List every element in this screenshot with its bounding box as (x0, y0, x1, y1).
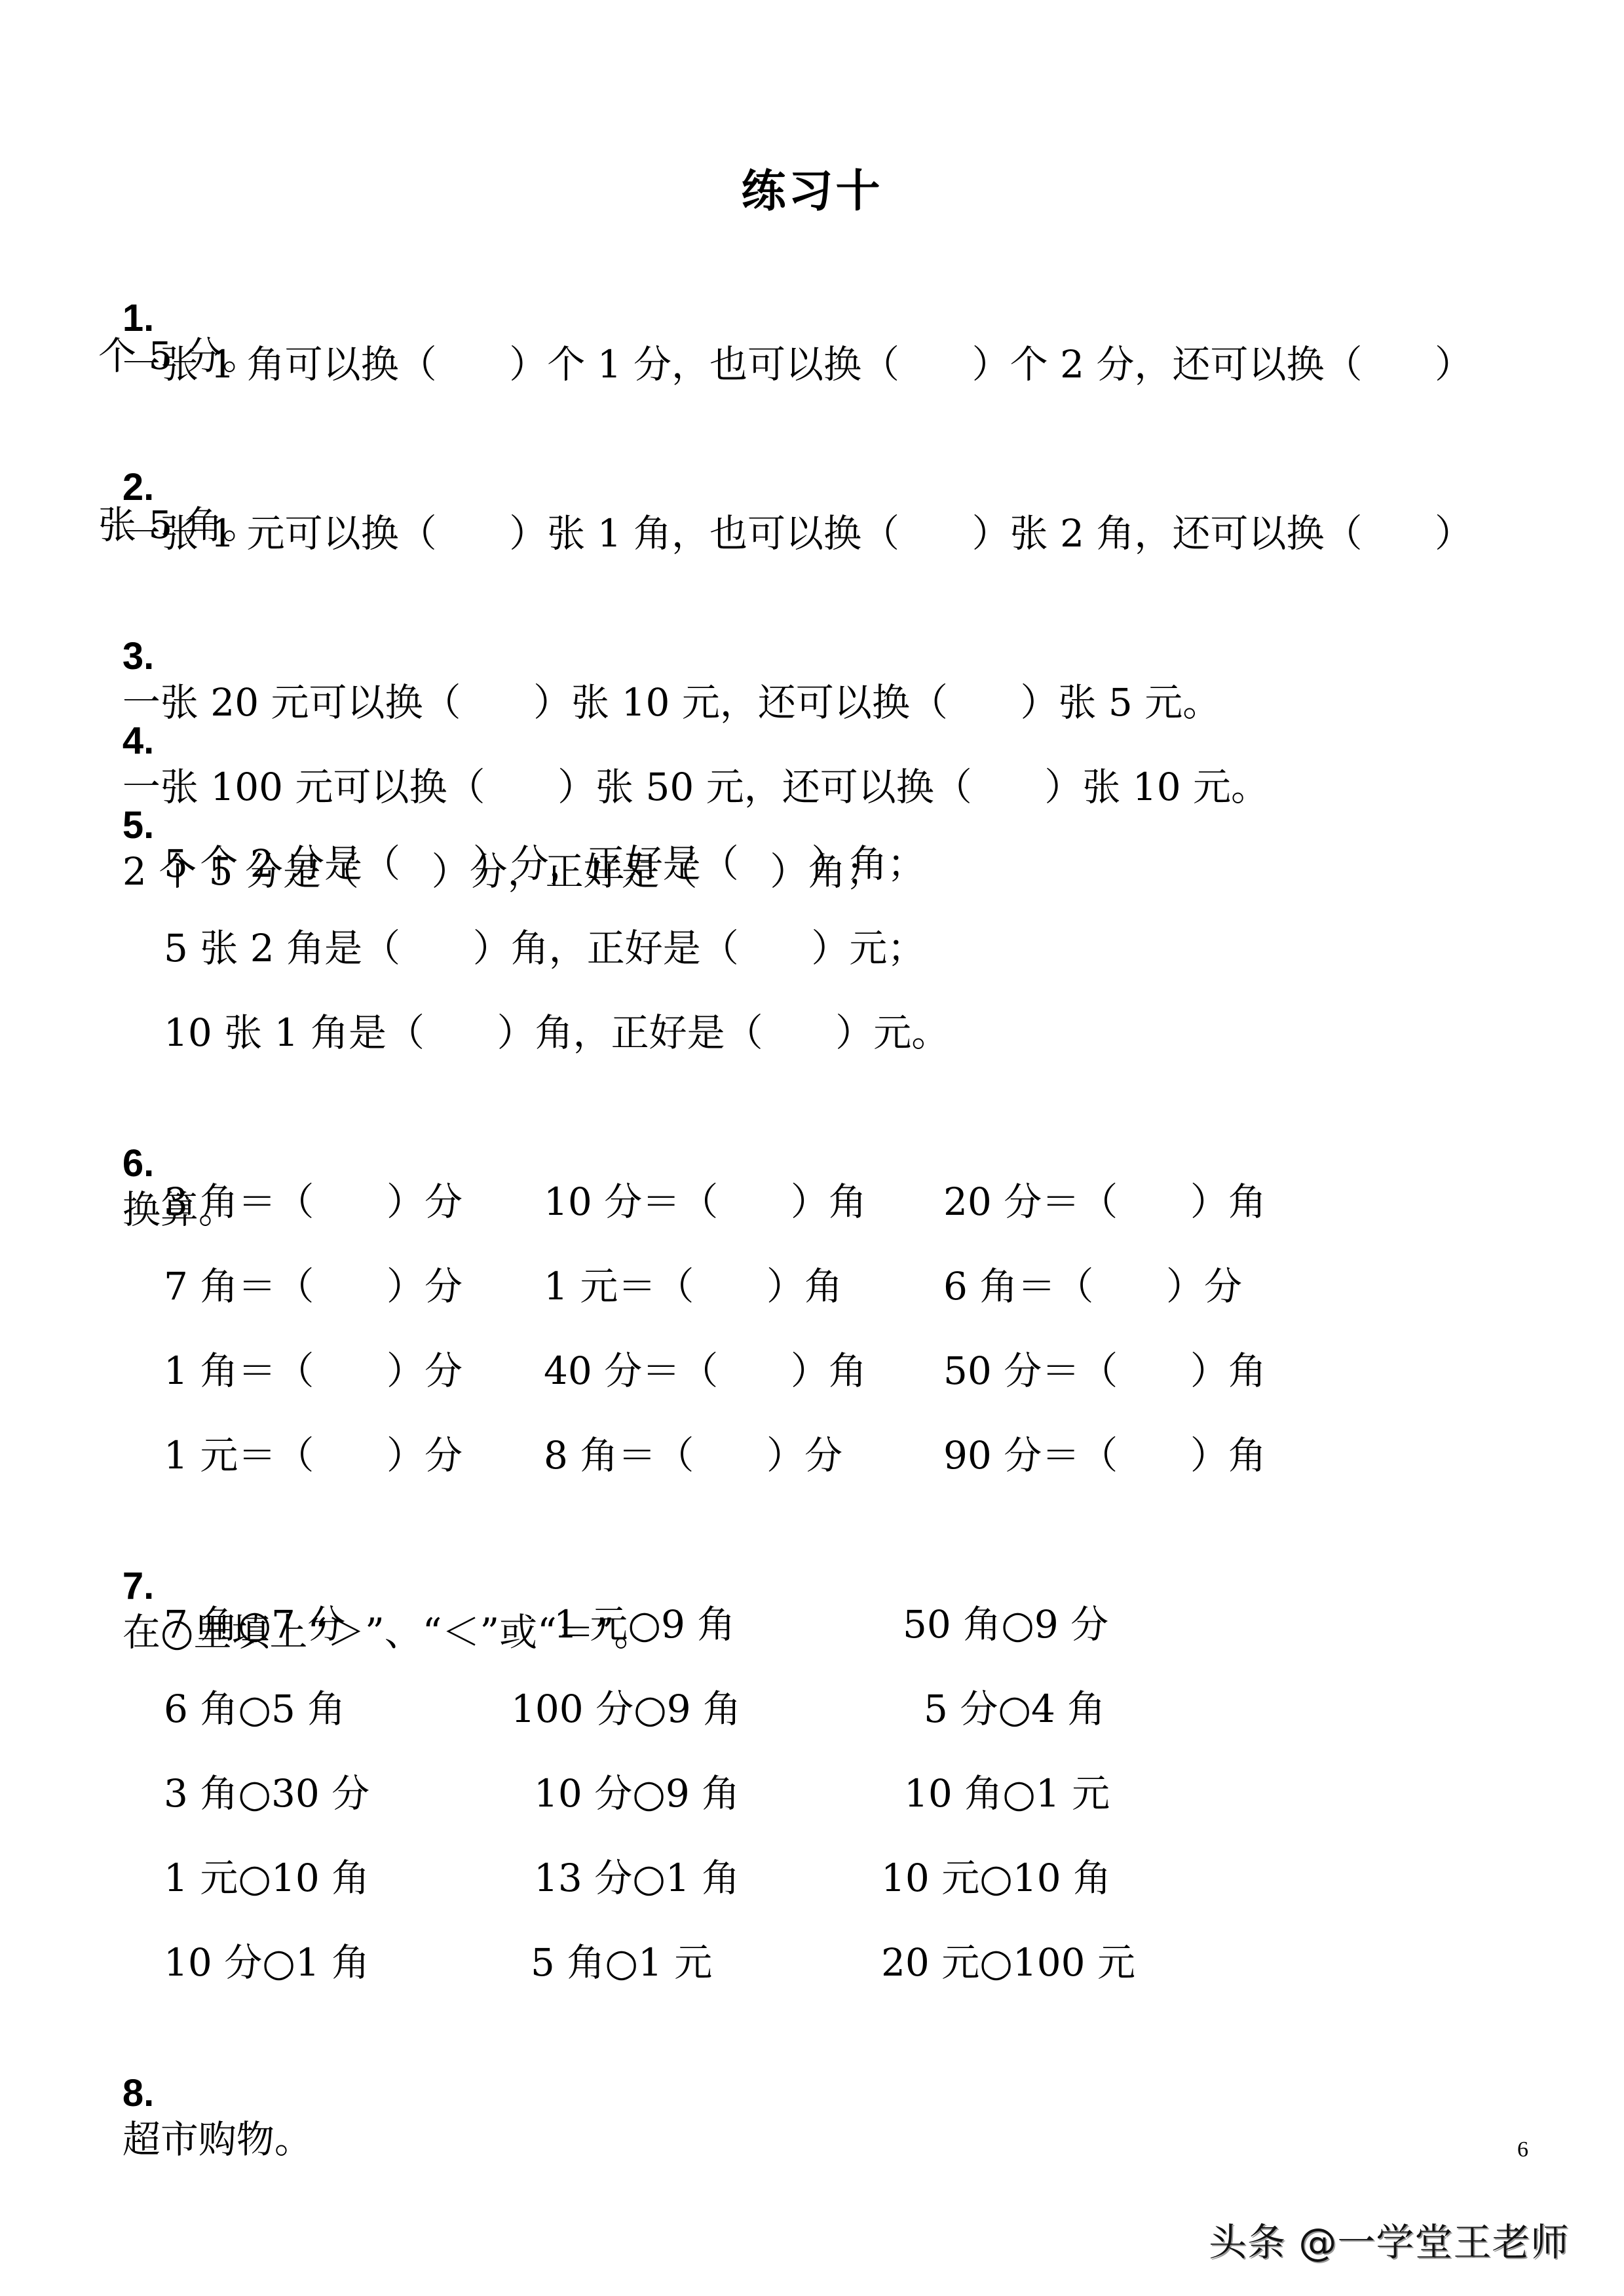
watermark: 头条 @一学堂王老师 (1209, 2211, 1569, 2267)
comparison-item: 10 角○1 元 (904, 1770, 1110, 1816)
comparison-item: 20 元○100 元 (881, 1940, 1135, 1985)
comparison-item: 7 角○7 分 (164, 1601, 345, 1647)
question-number: 5. (123, 804, 154, 847)
question-text: 一张 1 元可以换（ ）张 1 角，也可以换（ ）张 2 角，还可以换（ ） (123, 511, 1473, 556)
comparison-item: 1 元○10 角 (164, 1855, 369, 1901)
question-2-continued: 张 5 角。 (98, 502, 261, 548)
comparison-item: 5 角○1 元 (531, 1940, 712, 1985)
comparison-item: 3 角○30 分 (164, 1770, 369, 1816)
conversion-item: 8 角＝（ ）分 (544, 1432, 842, 1478)
question-text: 一张 1 角可以换（ ）个 1 分，也可以换（ ）个 2 分，还可以换（ ） (123, 342, 1473, 387)
comparison-item: 1 元○9 角 (554, 1601, 735, 1647)
conversion-item: 20 分＝（ ）角 (943, 1179, 1266, 1225)
question-8: 8. 超市购物。 (98, 2024, 312, 2162)
conversion-item: 40 分＝（ ）角 (544, 1348, 867, 1394)
question-1: 1. 一张 1 角可以换（ ）个 1 分，也可以换（ ）个 2 分，还可以换（ … (98, 249, 1473, 387)
conversion-item: 6 角＝（ ）分 (943, 1263, 1242, 1309)
conversion-item: 7 角＝（ ）分 (164, 1263, 463, 1309)
conversion-item: 50 分＝（ ）角 (943, 1348, 1266, 1394)
question-5-line-4: 10 张 1 角是（ ）角，正好是（ ）元。 (164, 1010, 949, 1056)
page-title: 练习十 (0, 156, 1624, 220)
comparison-item: 5 分○4 角 (924, 1686, 1105, 1732)
comparison-item: 13 分○1 角 (534, 1855, 740, 1901)
comparison-item: 100 分○9 角 (511, 1686, 741, 1732)
conversion-item: 1 元＝（ ）角 (544, 1263, 842, 1309)
question-5-line-2: 5 个 2 分是（ ）分，正好是（ ）角； (164, 841, 925, 887)
conversion-item: 1 元＝（ ）分 (164, 1432, 463, 1478)
question-1-continued: 个 5 分。 (98, 333, 261, 379)
comparison-item: 10 分○9 角 (534, 1770, 740, 1816)
conversion-item: 10 分＝（ ）角 (544, 1179, 867, 1225)
comparison-item: 10 元○10 角 (881, 1855, 1111, 1901)
question-number: 6. (123, 1142, 154, 1185)
conversion-item: 90 分＝（ ）角 (943, 1432, 1266, 1478)
comparison-item: 10 分○1 角 (164, 1940, 369, 1985)
conversion-item: 1 角＝（ ）分 (164, 1348, 463, 1394)
comparison-item: 50 角○9 分 (903, 1601, 1108, 1647)
question-5-line-3: 5 张 2 角是（ ）角，正好是（ ）元； (164, 925, 925, 971)
question-heading: 超市购物。 (123, 2117, 312, 2162)
question-number: 7. (123, 1565, 154, 1607)
question-number: 8. (123, 2072, 154, 2114)
conversion-item: 3 角＝（ ）分 (164, 1179, 463, 1225)
question-2: 2. 一张 1 元可以换（ ）张 1 角，也可以换（ ）张 2 角，还可以换（ … (98, 418, 1473, 556)
page-number: 6 (1517, 2137, 1528, 2162)
comparison-item: 6 角○5 角 (164, 1686, 345, 1732)
